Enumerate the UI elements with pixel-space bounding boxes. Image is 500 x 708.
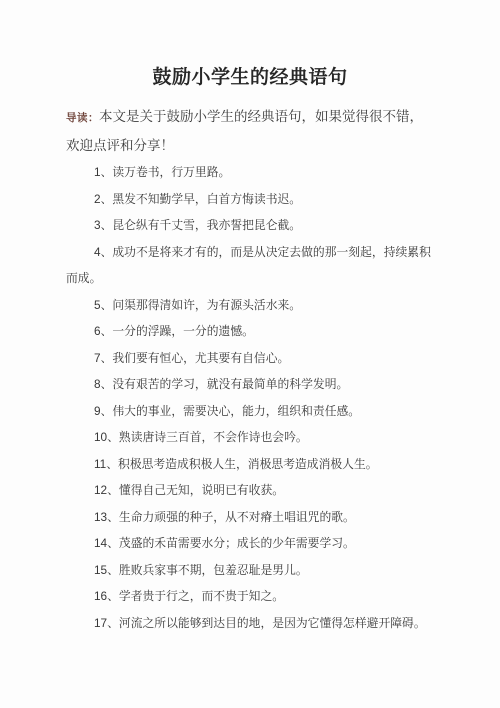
lead-text: 本文是关于鼓励小学生的经典语句，如果觉得很不错，欢迎点评和分享！	[66, 109, 423, 153]
lead-paragraph: 导读：本文是关于鼓励小学生的经典语句，如果觉得很不错，欢迎点评和分享！	[66, 104, 434, 159]
list-item: 5、问渠那得清如许，为有源头活水来。	[66, 292, 434, 319]
list-item: 6、一分的浮躁，一分的遗憾。	[66, 318, 434, 345]
list-item: 2、黑发不知勤学早，白首方悔读书迟。	[66, 186, 434, 213]
document-page: 鼓励小学生的经典语句 导读：本文是关于鼓励小学生的经典语句，如果觉得很不错，欢迎…	[0, 0, 500, 708]
list-item: 12、懂得自己无知，说明已有收获。	[66, 477, 434, 504]
list-item: 4、成功不是将来才有的，而是从决定去做的那一刻起，持续累积而成。	[66, 239, 434, 292]
lead-label: 导读：	[66, 113, 99, 124]
page-title: 鼓励小学生的经典语句	[66, 66, 434, 90]
list-item: 17、河流之所以能够到达目的地，是因为它懂得怎样避开障碍。	[66, 610, 434, 637]
list-item: 7、我们要有恒心，尤其要有自信心。	[66, 345, 434, 372]
list-item: 9、伟大的事业，需要决心，能力，组织和责任感。	[66, 398, 434, 425]
list-item: 3、昆仑纵有千丈雪，我亦誓把昆仑截。	[66, 212, 434, 239]
list-item: 14、茂盛的禾苗需要水分；成长的少年需要学习。	[66, 530, 434, 557]
list-item: 16、学者贵于行之，而不贵于知之。	[66, 583, 434, 610]
list-item: 11、积极思考造成积极人生，消极思考造成消极人生。	[66, 451, 434, 478]
list-item: 13、生命力顽强的种子，从不对瘠土唱诅咒的歌。	[66, 504, 434, 531]
list-item: 10、熟读唐诗三百首，不会作诗也会吟。	[66, 424, 434, 451]
list-item: 8、没有艰苦的学习，就没有最简单的科学发明。	[66, 371, 434, 398]
quote-list: 1、读万卷书，行万里路。2、黑发不知勤学早，白首方悔读书迟。3、昆仑纵有千丈雪，…	[66, 159, 434, 636]
list-item: 15、胜败兵家事不期，包羞忍耻是男儿。	[66, 557, 434, 584]
list-item: 1、读万卷书，行万里路。	[66, 159, 434, 186]
